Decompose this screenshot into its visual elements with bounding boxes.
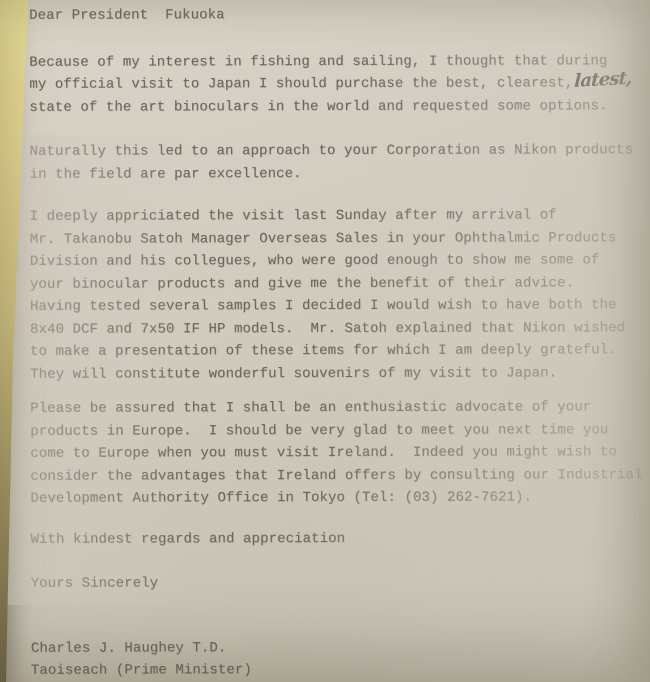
letter-photo: Dear President Fukuoka Because of my int… <box>0 0 650 682</box>
photo-vignette <box>0 0 650 682</box>
